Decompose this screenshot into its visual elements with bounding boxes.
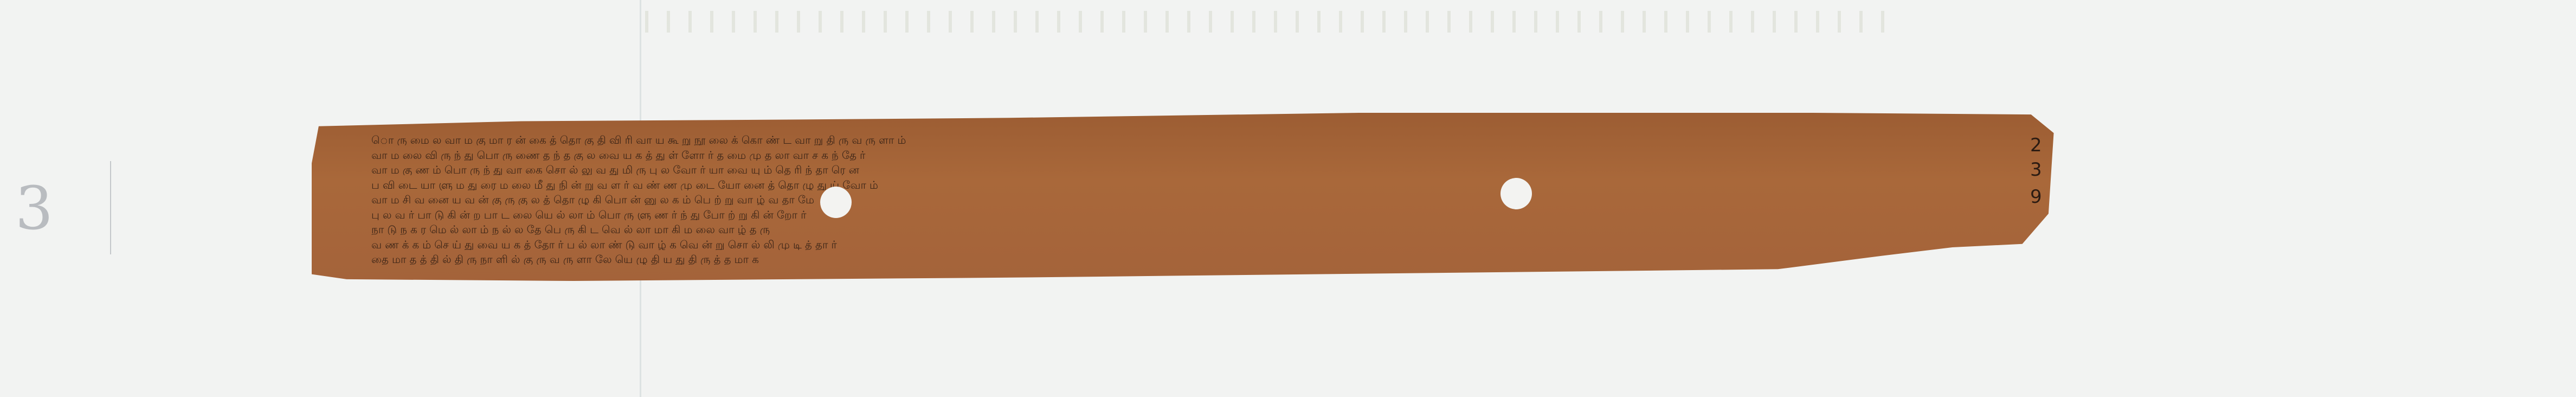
manuscript-line: வணக்கம்செய்துவையகத்தோர்பல்லாண்டுவாழ்கவென… — [371, 238, 1987, 250]
pencil-page-number: 3 — [15, 174, 53, 243]
manuscript-line: வாமசிவனையவன்குருகுலத்தொழுகிபொன்னுலகம்பெற… — [371, 193, 1987, 205]
manuscript-text-block: ொருமைலவாமகுமாரன்கைத்தொகுதிவிரிவாயகூறுநூல… — [371, 133, 1987, 265]
manuscript-line: வாமகுணம்பொருந்துவாகைசொல்லுவதுமிருபுலவோர்… — [371, 163, 1987, 175]
palm-leaf-manuscript: ொருமைலவாமகுமாரன்கைத்தொகுதிவிரிவாயகூறுநூல… — [312, 113, 2057, 281]
manuscript-line: பவிடையாளுமதுரைமலைமீதுநின்றுவளர்வண்ணமுடைய… — [371, 178, 1987, 190]
pencil-divider-mark — [110, 161, 111, 254]
margin-number: 9 — [2030, 186, 2042, 208]
manuscript-line: புலவர்பாடுகின்றபாடலையெல்லாம்பொருளுணர்ந்த… — [371, 208, 1987, 220]
background-stains — [645, 11, 1892, 33]
margin-number: 3 — [2030, 159, 2042, 181]
manuscript-line: ொருமைலவாமகுமாரன்கைத்தொகுதிவிரிவாயகூறுநூல… — [371, 133, 1987, 145]
manuscript-line: நாடுநகரமெல்லாம்நல்லதேபெருகிடவெல்லாமாகிமல… — [371, 223, 1987, 235]
binding-hole-right — [1500, 178, 1532, 209]
manuscript-line: வாமலைவிருந்துபொருணைதந்தகுலவையகத்துள்ளோர்… — [371, 149, 1987, 161]
binding-hole-left — [820, 187, 852, 218]
manuscript-line: தைமாதத்தில்திருநாளில்குருவருளாலேயெழுதியத… — [371, 253, 1987, 265]
margin-number: 2 — [2030, 135, 2042, 156]
